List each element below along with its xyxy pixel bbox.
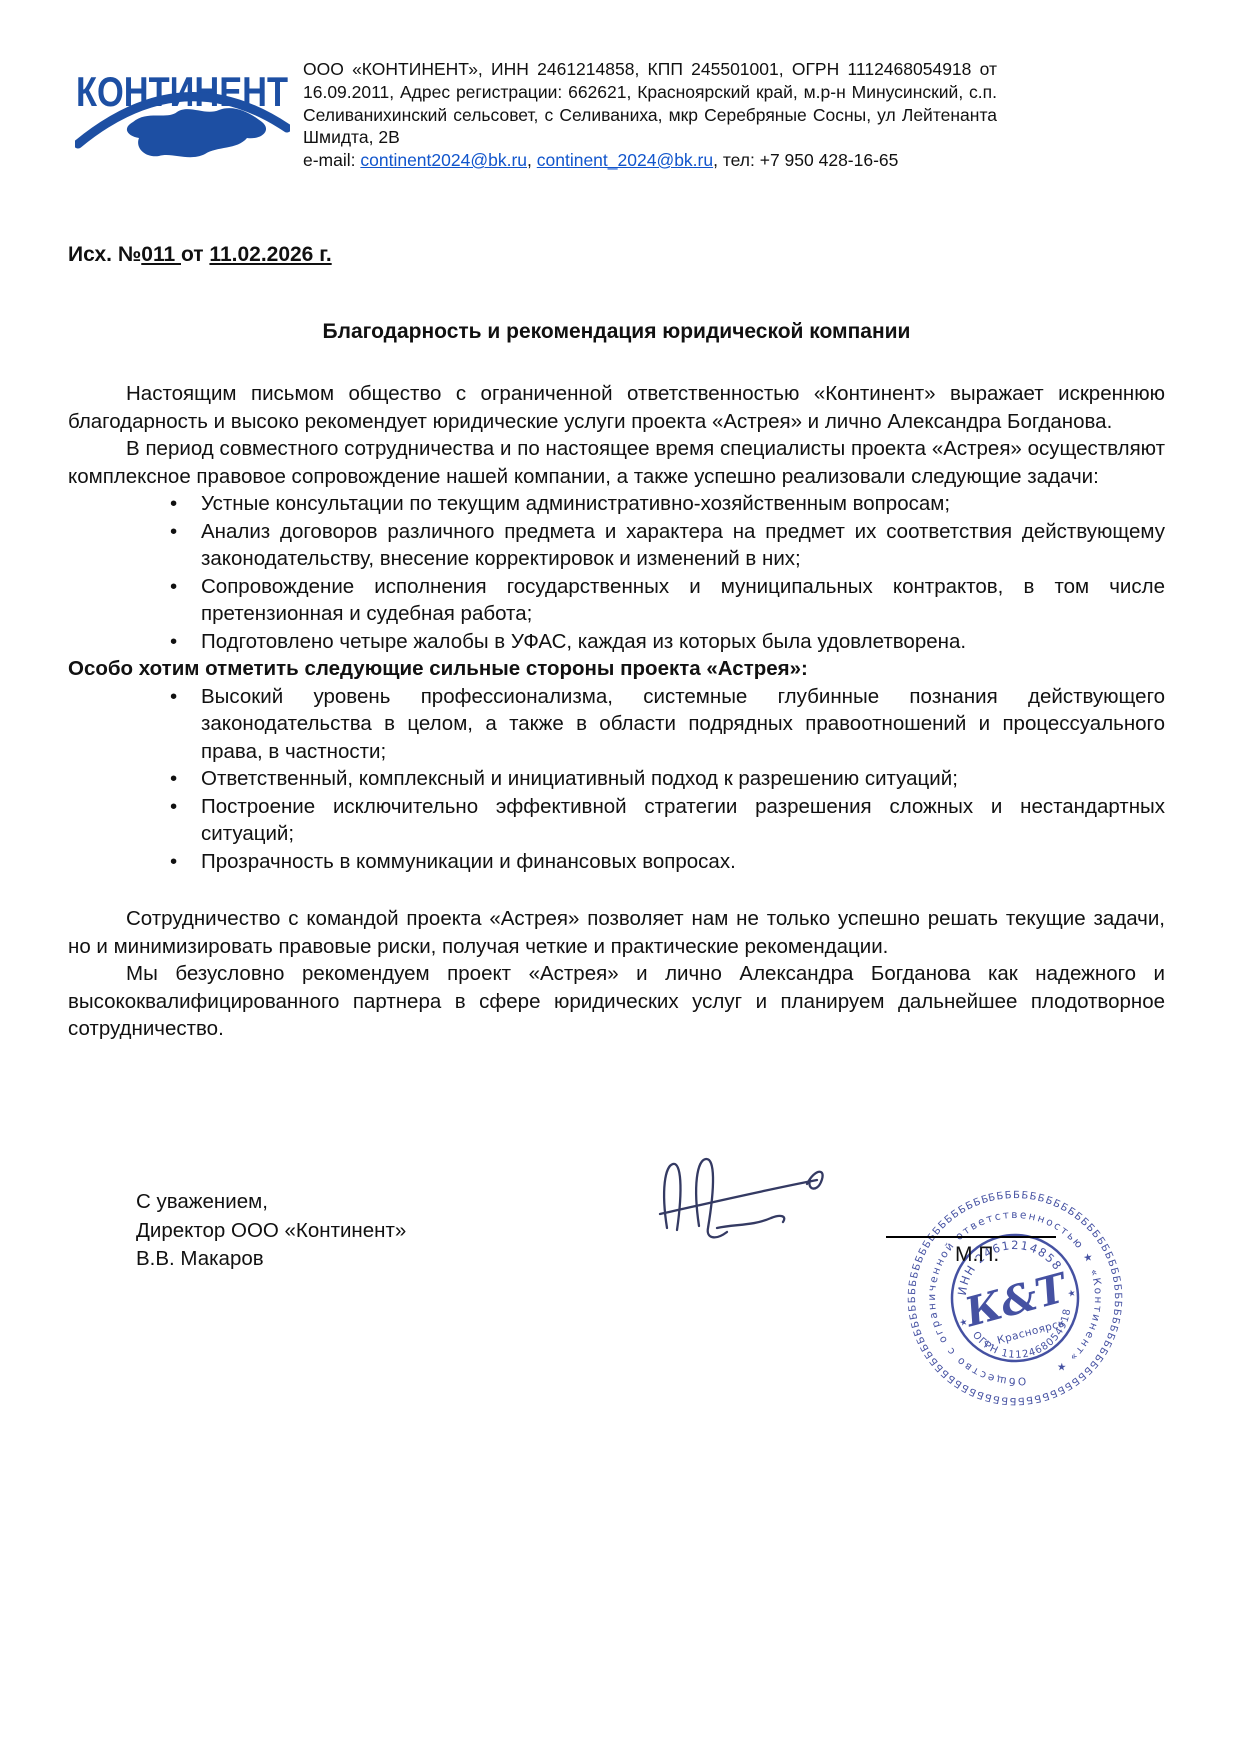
letter-document: КОНТИНЕНТ ООО «КОНТИНЕНТ», ИНН 246121485…	[0, 0, 1241, 1755]
strengths-heading: Особо хотим отметить следующие сильные с…	[68, 655, 1165, 683]
list-item: •Построение исключительно эффективной ст…	[168, 793, 1165, 848]
letter-title: Благодарность и рекомендация юридической…	[68, 320, 1165, 344]
bullet-icon: •	[170, 793, 177, 821]
mp-label: М.П.	[955, 1243, 999, 1267]
list-item: •Анализ договоров различного предмета и …	[168, 518, 1165, 573]
list-item-text: Прозрачность в коммуникации и финансовых…	[201, 850, 736, 873]
ref-number: 011	[141, 243, 181, 266]
paragraph-cooperation: В период совместного сотрудничества и по…	[68, 435, 1165, 490]
email-link-2[interactable]: continent_2024@bk.ru	[537, 150, 713, 170]
logo-continent-map-shape	[127, 108, 266, 157]
list-item-text: Сопровождение исполнения государственных…	[201, 575, 1165, 626]
list-item-text: Подготовлено четыре жалобы в УФАС, кажда…	[201, 630, 966, 653]
email-link-1[interactable]: continent2024@bk.ru	[360, 150, 527, 170]
company-info: ООО «КОНТИНЕНТ», ИНН 2461214858, КПП 245…	[303, 58, 997, 172]
list-item: •Подготовлено четыре жалобы в УФАС, кажд…	[168, 628, 1165, 656]
ref-date: 11.02.2026 г.	[209, 243, 331, 266]
list-item: •Прозрачность в коммуникации и финансовы…	[168, 848, 1165, 876]
company-requisites-text: ООО «КОНТИНЕНТ», ИНН 2461214858, КПП 245…	[303, 58, 997, 149]
bullet-icon: •	[170, 490, 177, 518]
email-label: e-mail:	[303, 150, 360, 170]
paragraph-intro: Настоящим письмом общество с ограниченно…	[68, 380, 1165, 435]
list-item-text: Устные консультации по текущим администр…	[201, 492, 950, 515]
list-item-text: Высокий уровень профессионализма, систем…	[201, 685, 1165, 763]
list-item-text: Анализ договоров различного предмета и х…	[201, 520, 1165, 571]
contact-line: e-mail: continent2024@bk.ru, continent_2…	[303, 149, 997, 172]
signature-line	[886, 1236, 1056, 1238]
ref-mid: от	[181, 243, 209, 266]
letter-body: Настоящим письмом общество с ограниченно…	[68, 380, 1165, 1043]
phone-text: , тел: +7 950 428-16-65	[713, 150, 898, 170]
email-separator: ,	[527, 150, 537, 170]
list-item: •Ответственный, комплексный и инициативн…	[168, 765, 1165, 793]
signature-block: С уважением, Директор ООО «Континент» В.…	[136, 1188, 406, 1274]
signature-position: Директор ООО «Континент»	[136, 1217, 406, 1246]
list-item: •Высокий уровень профессионализма, систе…	[168, 683, 1165, 766]
bullet-icon: •	[170, 573, 177, 601]
company-round-stamp: ББББББББББББББББББББББББББББББББББББББББ…	[895, 1178, 1135, 1418]
letterhead: КОНТИНЕНТ ООО «КОНТИНЕНТ», ИНН 246121485…	[75, 58, 1171, 176]
list-item-text: Ответственный, комплексный и инициативны…	[201, 767, 958, 790]
bullet-icon: •	[170, 765, 177, 793]
bullet-icon: •	[170, 848, 177, 876]
paragraph-closing-2: Мы безусловно рекомендуем проект «Астрея…	[68, 960, 1165, 1043]
stamp-star-icon: ★	[1067, 1288, 1077, 1300]
paragraph-closing-1: Сотрудничество с командой проекта «Астре…	[68, 905, 1165, 960]
signature-salutation: С уважением,	[136, 1188, 406, 1217]
bullet-icon: •	[170, 518, 177, 546]
strengths-list: •Высокий уровень профессионализма, систе…	[168, 683, 1165, 876]
signature-name: В.В. Макаров	[136, 1245, 406, 1274]
list-item: •Сопровождение исполнения государственны…	[168, 573, 1165, 628]
outgoing-ref-line: Исх. №011 от 11.02.2026 г.	[68, 243, 332, 267]
bullet-icon: •	[170, 683, 177, 711]
list-item-text: Построение исключительно эффективной стр…	[201, 795, 1165, 846]
list-item: •Устные консультации по текущим админист…	[168, 490, 1165, 518]
handwritten-signature	[605, 1140, 840, 1250]
ref-prefix: Исх. №	[68, 243, 141, 266]
bullet-icon: •	[170, 628, 177, 656]
company-logo-icon: КОНТИНЕНТ	[75, 58, 290, 176]
tasks-list: •Устные консультации по текущим админист…	[168, 490, 1165, 655]
